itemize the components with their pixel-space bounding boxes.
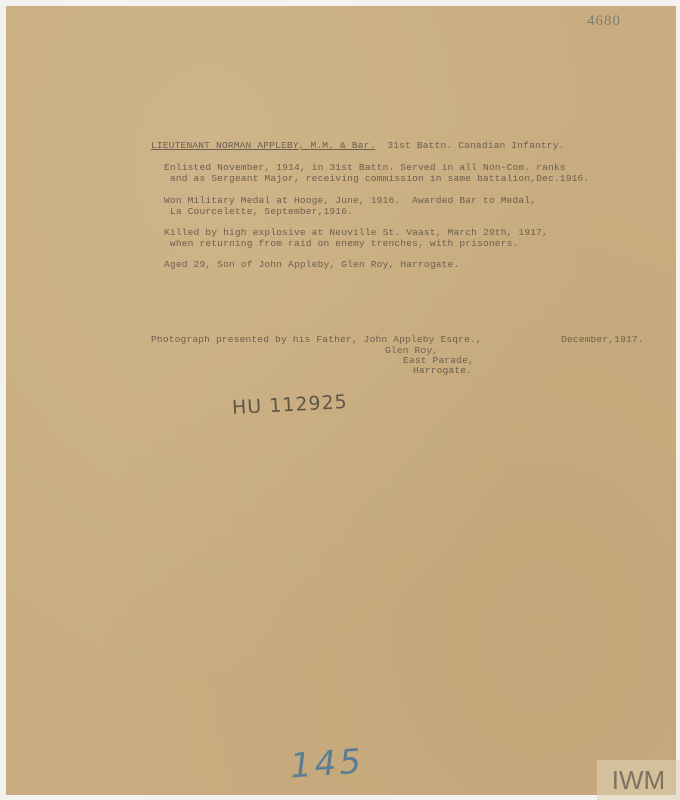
heading-unit: 31st Battn. Canadian Infantry. [387, 140, 564, 151]
paragraph-death-line1: Killed by high explosive at Neuville St.… [164, 227, 548, 238]
presentation-date: December,1917. [561, 334, 644, 345]
iwm-watermark: IWM [597, 760, 680, 800]
heading-name: LIEUTENANT NORMAN APPLEBY, M.M. & Bar. [151, 140, 375, 151]
heading-line: LIEUTENANT NORMAN APPLEBY, M.M. & Bar. 3… [151, 140, 565, 151]
paragraph-family: Aged 29, Son of John Appleby, Glen Roy, … [164, 259, 459, 270]
reference-number: 4680 [587, 13, 621, 30]
paragraph-enlistment-line2: and as Sergeant Major, receiving commiss… [164, 173, 589, 184]
paragraph-death-line2: when returning from raid on enemy trench… [164, 238, 518, 249]
paragraph-medal-line1: Won Military Medal at Hooge, June, 1916.… [164, 195, 536, 206]
handwritten-page-number: 145 [289, 741, 366, 786]
paragraph-medal-line2: La Courcelette, September,1916. [164, 206, 353, 217]
presentation-text: Photograph presented by his Father, John… [151, 334, 482, 345]
iwm-label: IWM [612, 765, 665, 796]
address-line-3: Harrogate. [413, 365, 472, 376]
paragraph-enlistment-line1: Enlisted November, 1914, in 31st Battn. … [164, 162, 566, 173]
